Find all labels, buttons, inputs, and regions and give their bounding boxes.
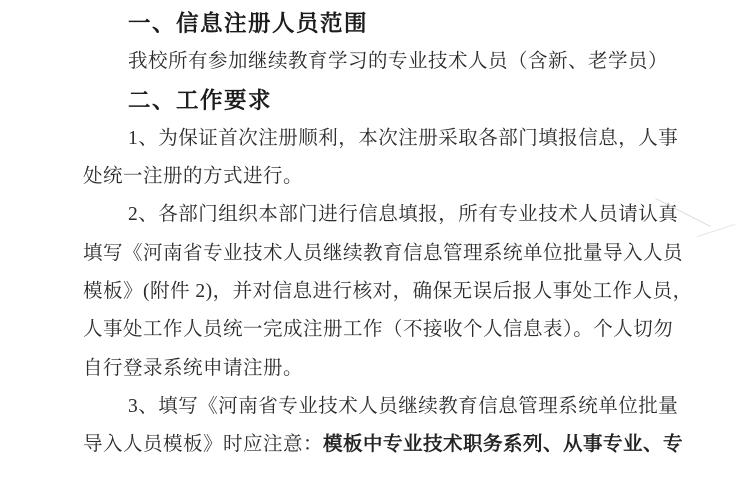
body-text: 自行登录系统申请注册。 [83,358,303,379]
para-item1-line2: 处统一注册的方式进行。 [83,158,723,196]
body-text: 人事处工作人员统一完成注册工作（不接收个人信息表）。个人切勿 [83,319,673,340]
heading-section-2: 二、工作要求 [83,82,723,120]
para-item2-line3: 模板》(附件 2)，并对信息进行核对，确保无误后报人事处工作人员， [83,273,723,311]
para-item2-line5: 自行登录系统申请注册。 [83,350,723,388]
para-item2-line4: 人事处工作人员统一完成注册工作（不接收个人信息表）。个人切勿 [83,311,723,349]
text-block: 一、信息注册人员范围我校所有参加继续教育学习的专业技术人员（含新、老学员）二、工… [83,5,723,465]
para-item3-line1: 3、填写《河南省专业技术人员继续教育信息管理系统单位批量 [83,388,723,426]
body-text: 2、各部门组织本部门进行信息填报，所有专业技术人员请认真 [128,204,678,225]
body-text: 3、填写《河南省专业技术人员继续教育信息管理系统单位批量 [128,396,678,417]
para-item2-line1: 2、各部门组织本部门进行信息填报，所有专业技术人员请认真 [83,196,723,234]
heading-section-1: 一、信息注册人员范围 [83,5,723,43]
heading-text: 一、信息注册人员范围 [128,11,368,36]
body-text: 模板》(附件 2)，并对信息进行核对，确保无误后报人事处工作人员， [83,281,693,302]
para-scope: 我校所有参加继续教育学习的专业技术人员（含新、老学员） [83,43,723,81]
para-item1-line1: 1、为保证首次注册顺利，本次注册采取各部门填报信息，人事 [83,120,723,158]
body-text: 我校所有参加继续教育学习的专业技术人员（含新、老学员） [128,51,668,72]
heading-text: 二、工作要求 [128,88,272,113]
para-item2-line2: 填写《河南省专业技术人员继续教育信息管理系统单位批量导入人员 [83,235,723,273]
document-page: 一、信息注册人员范围我校所有参加继续教育学习的专业技术人员（含新、老学员）二、工… [0,0,740,479]
body-text: 模板中专业技术职务系列、从事专业、专 [323,434,683,455]
para-item3-line2: 导入人员模板》时应注意：模板中专业技术职务系列、从事专业、专 [83,426,723,464]
body-text: 填写《河南省专业技术人员继续教育信息管理系统单位批量导入人员 [83,243,683,264]
body-text: 1、为保证首次注册顺利，本次注册采取各部门填报信息，人事 [128,128,678,149]
body-text: 处统一注册的方式进行。 [83,166,303,187]
body-text: 导入人员模板》时应注意： [83,434,323,455]
